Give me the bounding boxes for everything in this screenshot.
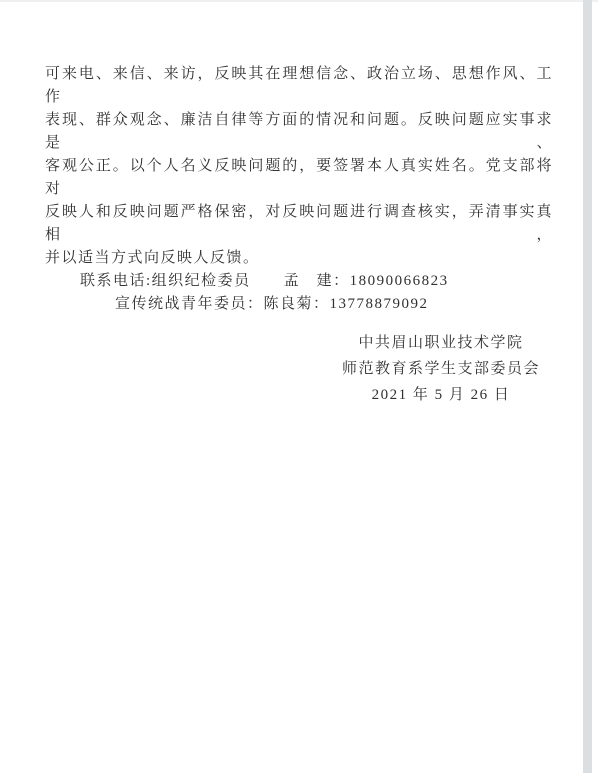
paragraph: 可来电、来信、来访，反映其在理想信念、政治立场、思想作风、工作 表现、群众观念、… (45, 63, 553, 270)
paragraph-line: 可来电、来信、来访，反映其在理想信念、政治立场、思想作风、工作 (45, 63, 553, 109)
contact-line-youth-committee: 宣传统战青年委员：陈良菊：13778879092 (45, 293, 553, 316)
paragraph-line: 并以适当方式向反映人反馈。 (45, 247, 553, 270)
scrollbar-track[interactable] (583, 0, 592, 773)
signature-org-line-1: 中共眉山职业技术学院 (311, 330, 571, 356)
paragraph-line: 表现、群众观念、廉洁自律等方面的情况和问题。反映问题应实事求是、 (45, 109, 553, 155)
signature-org-line-2: 师范教育系学生支部委员会 (311, 356, 571, 382)
signature-date: 2021 年 5 月 26 日 (311, 382, 571, 408)
document-page: 可来电、来信、来访，反映其在理想信念、政治立场、思想作风、工作 表现、群众观念、… (0, 0, 598, 773)
signature-block: 中共眉山职业技术学院 师范教育系学生支部委员会 2021 年 5 月 26 日 (311, 330, 571, 408)
page-top-edge (0, 0, 598, 2)
paragraph-line: 反映人和反映问题严格保密，对反映问题进行调查核实，弄清事实真相， (45, 201, 553, 247)
paragraph-line: 客观公正。以个人名义反映问题的，要签署本人真实姓名。党支部将对 (45, 155, 553, 201)
document-body: 可来电、来信、来访，反映其在理想信念、政治立场、思想作风、工作 表现、群众观念、… (45, 63, 553, 408)
contact-line-discipline-committee: 联系电话:组织纪检委员 孟 建：18090066823 (45, 270, 553, 293)
